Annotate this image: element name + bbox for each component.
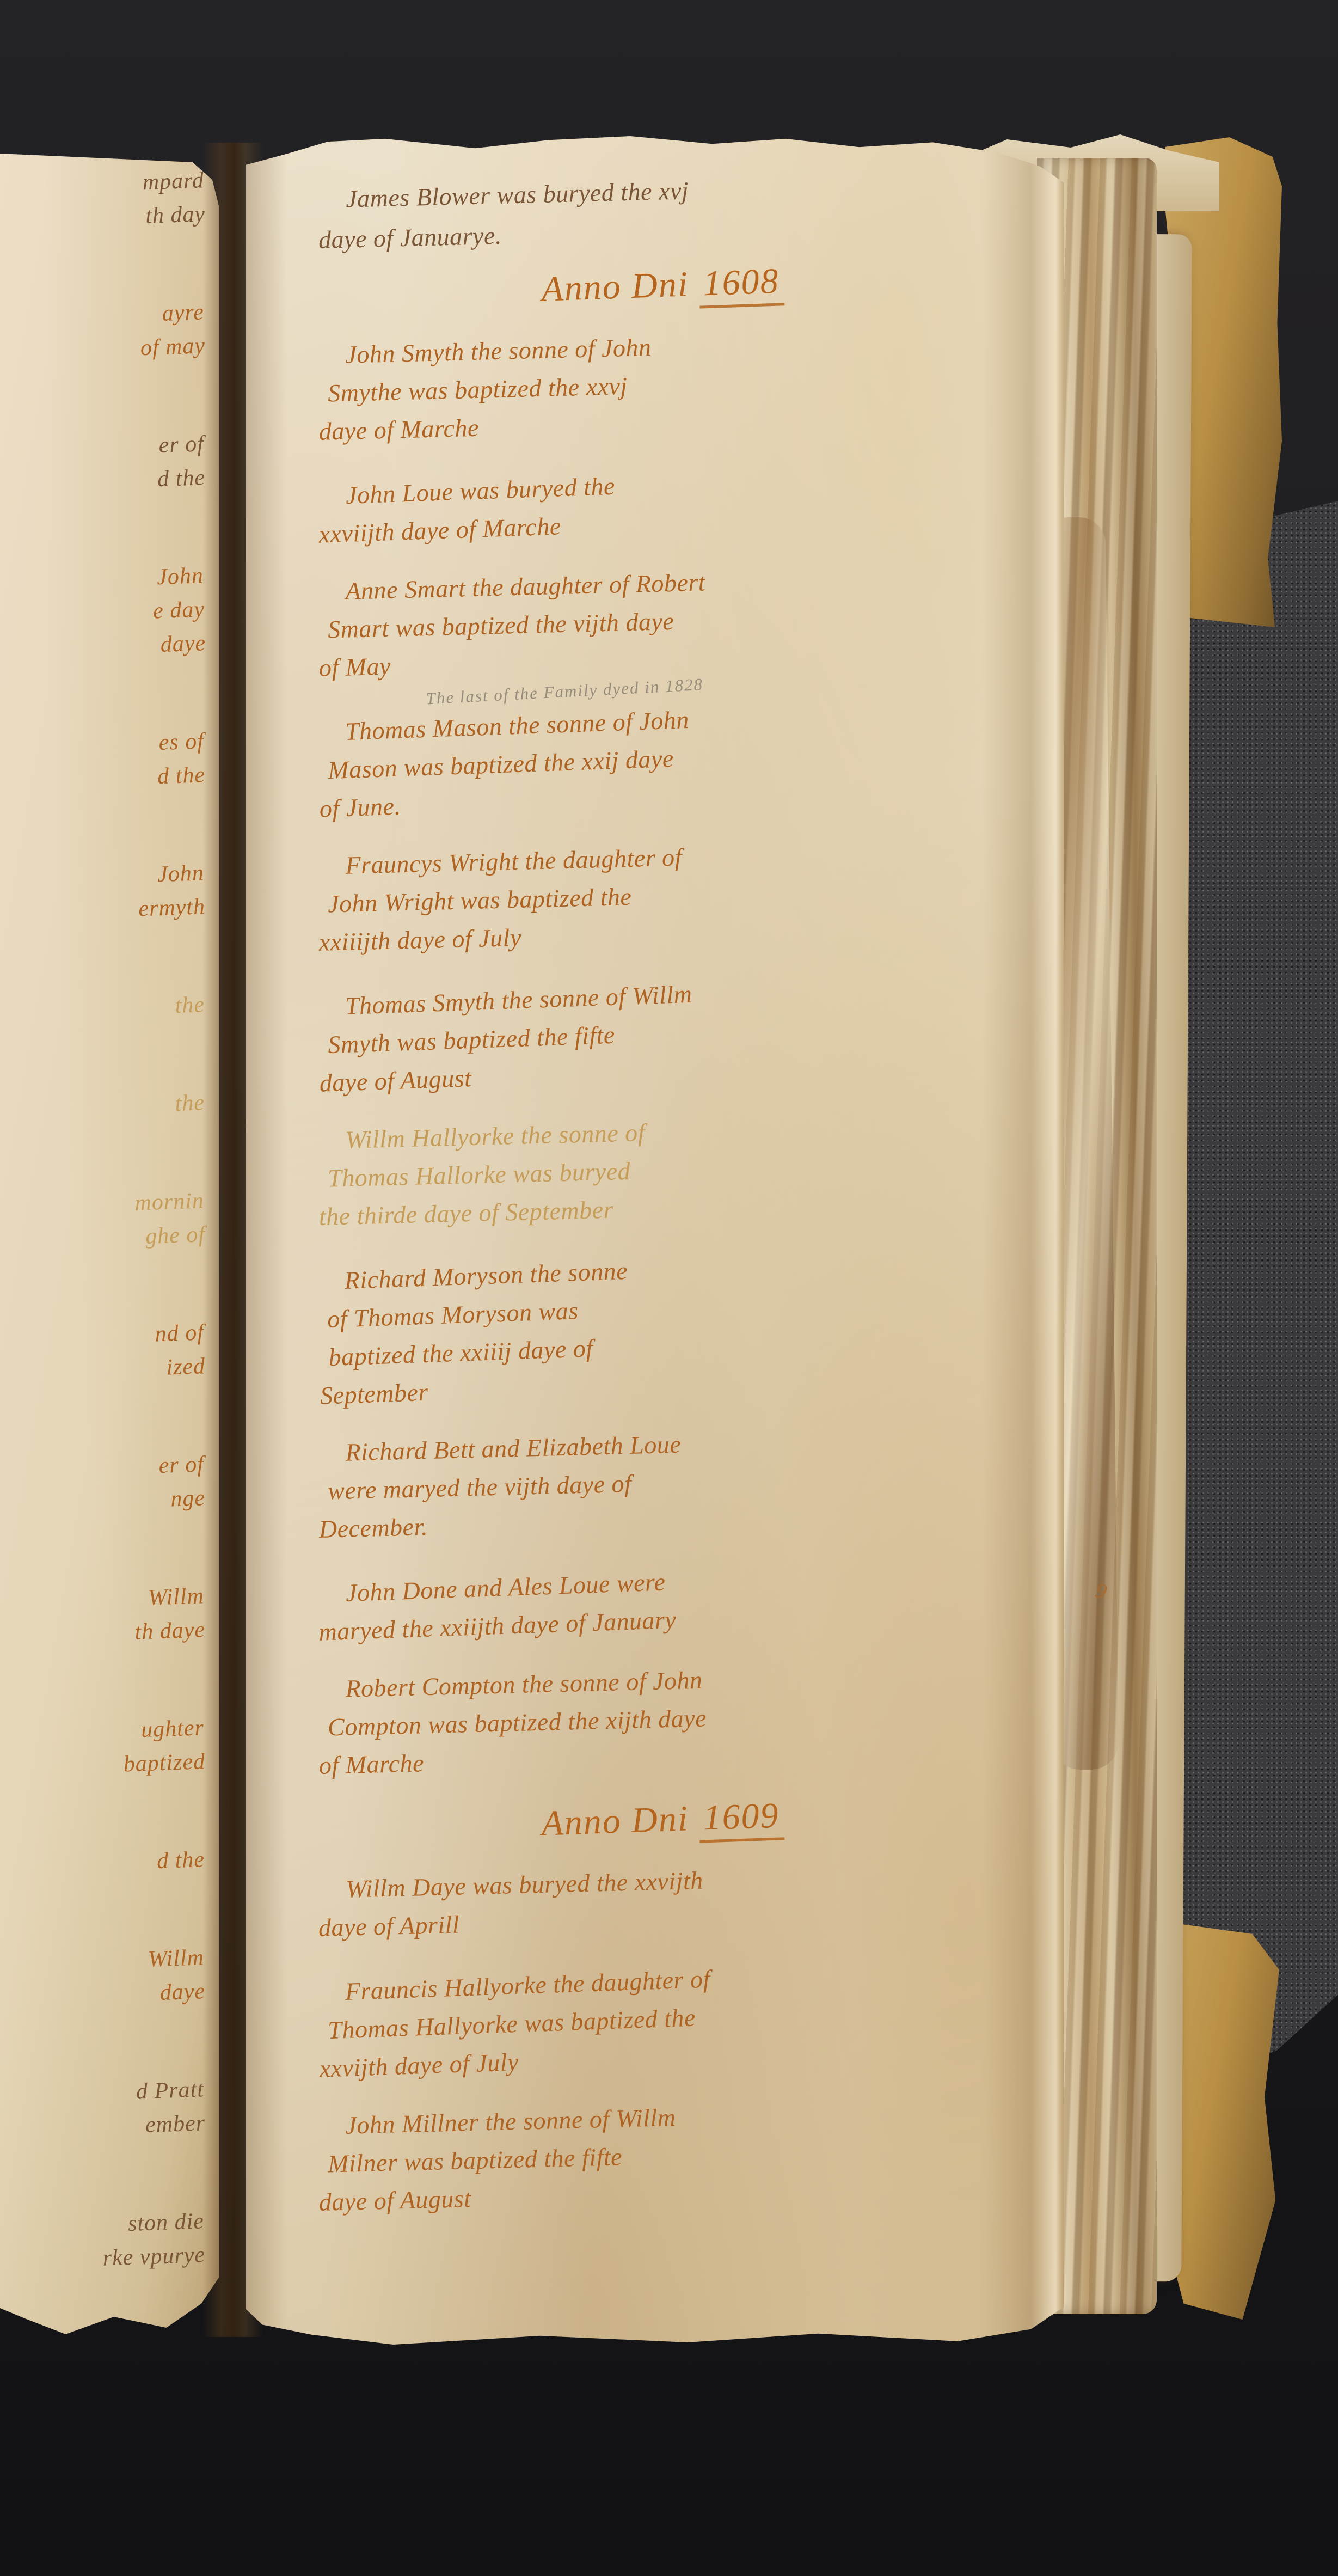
- year-heading-1609-year: 1609: [698, 1795, 784, 1843]
- register-entry: Frauncys Wright the daughter ofJohn Wrig…: [327, 830, 1021, 962]
- fragment-group: Johnermyth: [24, 856, 206, 929]
- register-entry: John Smyth the sonne of JohnSmythe was b…: [327, 320, 1021, 451]
- register-entry: Richard Moryson the sonneof Thomas Morys…: [326, 1238, 1022, 1415]
- fragment-group: d the: [24, 1843, 205, 1882]
- fragment-group: es ofd the: [24, 724, 206, 798]
- register-entry: John Loue was buryed thexxviijth daye of…: [327, 453, 1020, 553]
- fragment-group: ston dierke vpurye: [24, 2204, 206, 2278]
- fragment-line: d the: [25, 461, 206, 500]
- register-page: James Blower was buryed the xvjdaye of J…: [246, 136, 1064, 2345]
- fragment-group: er ofnge: [24, 1447, 206, 1521]
- fragment-line: ized: [25, 1349, 206, 1389]
- register-entry: Richard Bett and Elizabeth Louewere mary…: [327, 1417, 1021, 1549]
- fragment-line: er of: [24, 427, 205, 467]
- fragment-group: mpardth day: [24, 163, 206, 237]
- fragment-line: Willm: [24, 1579, 205, 1619]
- fragment-line: Willm: [24, 1941, 205, 1980]
- fragment-line: nge: [25, 1481, 206, 1521]
- register-entry: John Done and Ales Loue weremaryed the x…: [327, 1551, 1020, 1651]
- fragment-group: Willmth daye: [24, 1579, 206, 1653]
- fragment-line: daye: [26, 626, 206, 666]
- register-entry: John Millner the sonne of WillmMilner wa…: [327, 2090, 1021, 2222]
- fragment-line: of may: [25, 329, 206, 369]
- register-entry: Thomas Smyth the sonne of WillmSmyth was…: [326, 964, 1021, 1102]
- register-entry: Anne Smart the daughter of RobertSmart w…: [327, 556, 1021, 687]
- fragment-line: th daye: [25, 1613, 206, 1653]
- fragment-group: the: [24, 1086, 205, 1125]
- fragment-line: mornin: [24, 1184, 205, 1223]
- fragment-line: the: [24, 988, 205, 1027]
- fragment-line: the: [24, 1086, 205, 1125]
- fragment-group: d Prattember: [24, 2072, 206, 2146]
- fragment-line: ember: [25, 2106, 206, 2146]
- manuscript-photo-stage: 9 mpardth dayayreof mayer ofd theJohne d…: [0, 0, 1338, 2576]
- year-heading-1608: Anno Dni 1608: [327, 253, 998, 318]
- register-entry: Robert Compton the sonne of JohnCompton …: [327, 1654, 1021, 1785]
- fragment-group: er ofd the: [24, 427, 206, 500]
- fragment-line: John: [24, 856, 205, 896]
- fragment-line: ermyth: [25, 890, 206, 929]
- year-heading-1609: Anno Dni 1609: [327, 1788, 998, 1852]
- fragment-line: er of: [24, 1447, 205, 1487]
- entries-1608-container: John Smyth the sonne of JohnSmythe was b…: [328, 328, 1019, 1776]
- register-page-content: James Blower was buryed the xvjdaye of J…: [328, 171, 1019, 2236]
- register-entry: Willm Daye was buryed the xxvijthdaye of…: [327, 1854, 1020, 1947]
- year-heading-1608-prefix: Anno Dni: [541, 264, 689, 309]
- fragment-line: th day: [25, 197, 206, 237]
- fragment-line: baptized: [25, 1745, 206, 1784]
- year-heading-1609-prefix: Anno Dni: [541, 1798, 689, 1843]
- fragment-line: ghe of: [25, 1217, 206, 1257]
- previous-page-text-fragments: mpardth dayayreof mayer ofd theJohne day…: [25, 163, 205, 2275]
- fragment-group: nd ofized: [24, 1315, 206, 1389]
- fragment-line: John: [23, 559, 204, 598]
- fragment-group: the: [24, 988, 205, 1027]
- register-entry: James Blower was buryed the xvjdaye of J…: [327, 163, 1020, 260]
- fragment-line: mpard: [24, 163, 205, 203]
- fragment-line: daye: [25, 1974, 206, 2014]
- register-entry: Frauncis Hallyorke the daughter ofThomas…: [326, 1949, 1021, 2088]
- fragment-line: d the: [25, 758, 206, 798]
- register-entry: Willm Hallyorke the sonne ofThomas Hallo…: [327, 1105, 1021, 1236]
- fragment-group: Willmdaye: [24, 1941, 206, 2014]
- fragment-line: e day: [24, 592, 205, 632]
- fragment-line: rke vpurye: [25, 2238, 206, 2278]
- entries-1609-container: Willm Daye was buryed the xxvijthdaye of…: [328, 1862, 1019, 2213]
- fragment-line: ayre: [24, 295, 205, 335]
- fragment-group: morninghe of: [24, 1184, 206, 1257]
- year-heading-1608-year: 1608: [698, 261, 784, 308]
- fragment-group: ayreof may: [24, 295, 206, 369]
- fragment-group: ughterbaptized: [24, 1711, 206, 1784]
- previous-page-partial: mpardth dayayreof mayer ofd theJohne day…: [0, 154, 219, 2334]
- fragment-line: d the: [24, 1843, 205, 1882]
- fragment-line: ston die: [24, 2204, 205, 2244]
- fragment-line: nd of: [24, 1315, 205, 1355]
- fragment-line: ughter: [24, 1711, 205, 1751]
- fragment-line: d Pratt: [24, 2072, 205, 2112]
- fragment-line: es of: [24, 724, 205, 764]
- fragment-group: Johne daydaye: [23, 559, 206, 666]
- carryover-entry-container: James Blower was buryed the xvjdaye of J…: [328, 171, 1019, 252]
- register-entry: Thomas Mason the sonne of JohnMason was …: [326, 689, 1021, 828]
